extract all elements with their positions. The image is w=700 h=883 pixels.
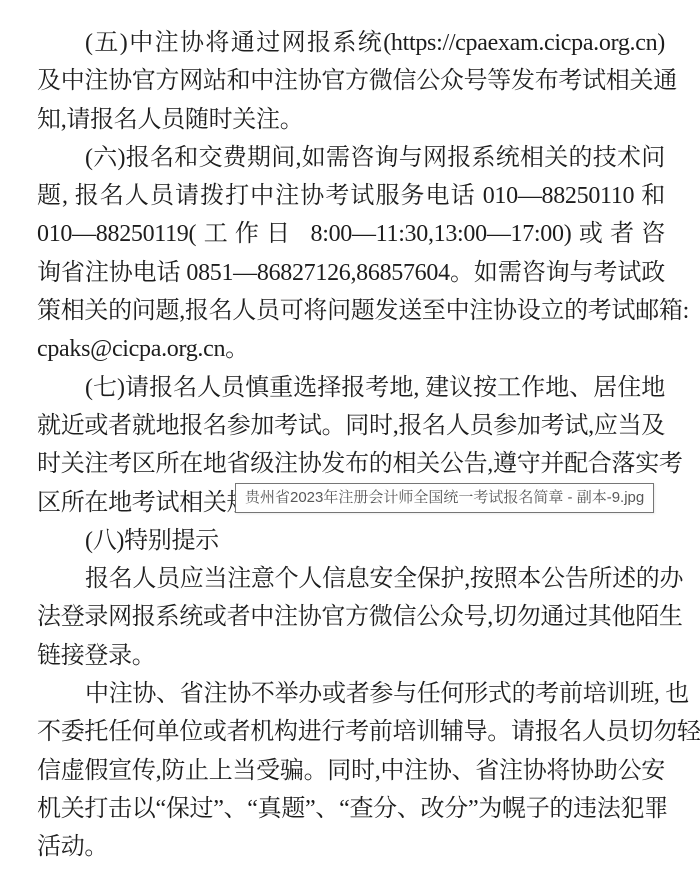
document-text: (五)中注协将通过网报系统(https://cpaexam.cicpa.org.… [37,24,665,867]
text-line: 活动。 [37,828,665,866]
text-line: 就近或者就地报名参加考试。同时,报名人员参加考试,应当及 [37,407,665,445]
text-line: 知,请报名人员随时关注。 [37,101,665,139]
tooltip-filename-text: 贵州省2023年注册会计师全国统一考试报名简章 - 副本-9.jpg [245,489,644,506]
text-line: 信虚假宣传,防止上当受骗。同时,中注协、省注协将协助公安 [37,752,665,790]
text-line: 中注协、省注协不举办或者参与任何形式的考前培训班, 也 [37,675,665,713]
text-line: 题, 报名人员请拨打中注协考试服务电话 010—88250110 和 [37,177,665,215]
text-line: 机关打击以“保过”、“真题”、“查分、改分”为幌子的违法犯罪 [37,790,665,828]
text-line: 法登录网报系统或者中注协官方微信公众号,切勿通过其他陌生 [37,598,665,636]
text-line: (五)中注协将通过网报系统(https://cpaexam.cicpa.org.… [37,24,665,62]
text-line: 时关注考区所在地省级注协发布的相关公告,遵守并配合落实考 [37,445,665,483]
text-line: (七)请报名人员慎重选择报考地, 建议按工作地、居住地 [37,369,665,407]
text-line: (八)特别提示 [37,522,665,560]
text-line: 及中注协官方网站和中注协官方微信公众号等发布考试相关通 [37,62,665,100]
text-line: (六)报名和交费期间,如需咨询与网报系统相关的技术问 [37,139,665,177]
text-line: 报名人员应当注意个人信息安全保护,按照本公告所述的办 [37,560,665,598]
text-line: 不委托任何单位或者机构进行考前培训辅导。请报名人员切勿轻 [37,713,665,751]
filename-tooltip: 贵州省2023年注册会计师全国统一考试报名简章 - 副本-9.jpg [235,483,654,513]
text-line: 询省注协电话 0851—86827126,86857604。如需咨询与考试政 [37,254,665,292]
text-line: 010—88250119(工作日 8:00—11:30,13:00—17:00)… [37,215,665,253]
text-line: cpaks@cicpa.org.cn。 [37,330,665,368]
text-line: 策相关的问题,报名人员可将问题发送至中注协设立的考试邮箱: [37,292,665,330]
text-line: 链接登录。 [37,637,665,675]
